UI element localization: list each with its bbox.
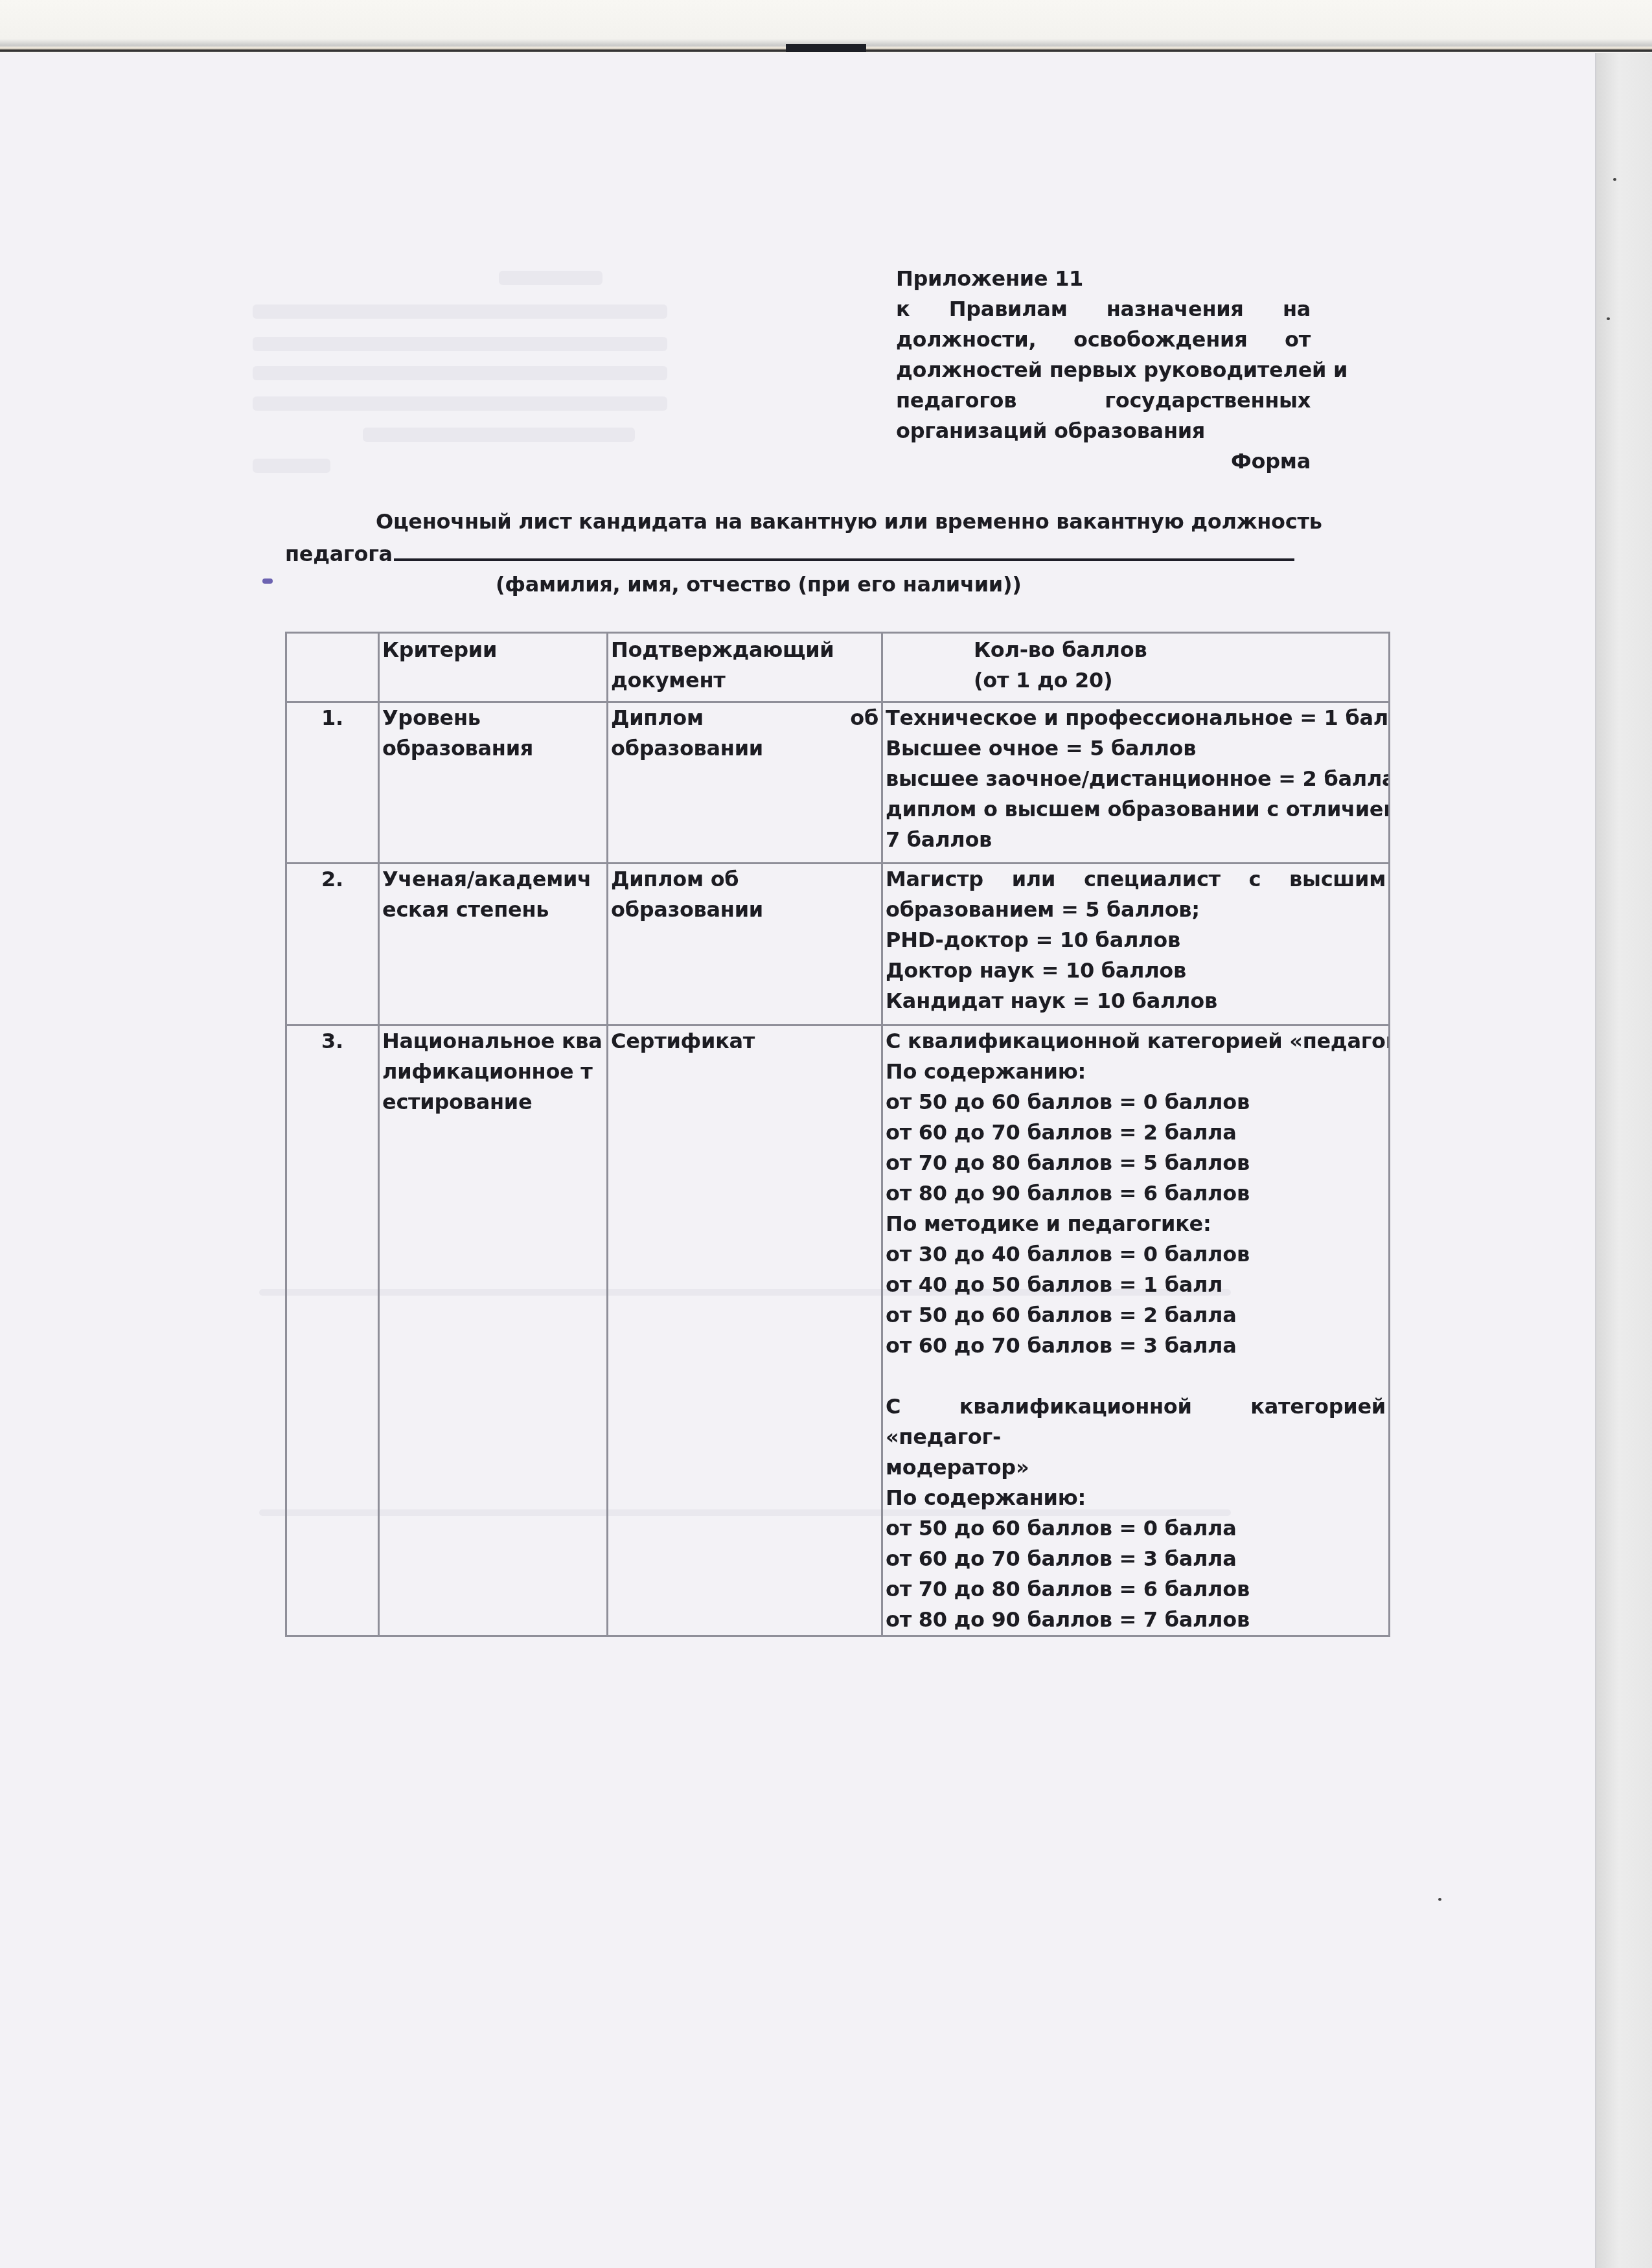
table-row: 3. Национальное квалификационное тестиро… <box>286 1025 1390 1636</box>
name-field-caption: (фамилия, имя, отчество (при его наличии… <box>285 569 1311 600</box>
row-document: Диплом об образовании <box>608 702 882 864</box>
row-number: 2. <box>286 864 379 1025</box>
header-num <box>286 633 379 702</box>
appendix-line: педагогов государственных <box>896 385 1311 416</box>
appendix-line: организаций образования <box>896 416 1311 446</box>
dust-speck <box>1607 317 1610 320</box>
row-scores: Техническое и профессиональное = 1 балл … <box>882 702 1390 864</box>
row-document: Диплом об образовании <box>608 864 882 1025</box>
row-number: 3. <box>286 1025 379 1636</box>
show-through-ghost <box>253 366 667 380</box>
dust-speck <box>1613 178 1616 181</box>
page-right-shadow-strip <box>1595 53 1652 2268</box>
header-document: Подтверждающий документ <box>608 633 882 702</box>
row-scores: С квалификационной категорией «педагог» … <box>882 1025 1390 1636</box>
title-line: Оценочный лист кандидата на вакантную ил… <box>285 507 1311 537</box>
form-label: Форма <box>896 446 1311 477</box>
show-through-ghost <box>253 459 330 473</box>
row-number: 1. <box>286 702 379 864</box>
show-through-ghost <box>253 396 667 411</box>
show-through-ghost <box>253 337 667 351</box>
show-through-ghost <box>363 428 635 442</box>
row-criteria: Ученая/академическая степень <box>379 864 608 1025</box>
show-through-ghost <box>253 304 667 319</box>
row-document: Сертификат <box>608 1025 882 1636</box>
appendix-line: к Правилам назначения на <box>896 294 1311 325</box>
table-header-row: Критерии Подтверждающий документ Кол-во … <box>286 633 1390 702</box>
header-criteria: Критерии <box>379 633 608 702</box>
table-row: 2. Ученая/академическая степень Диплом о… <box>286 864 1390 1025</box>
ink-smudge <box>262 578 273 584</box>
candidate-name-row: педагога <box>285 539 1311 569</box>
document-title: Оценочный лист кандидата на вакантную ил… <box>285 507 1311 600</box>
title-line-prefix: педагога <box>285 539 393 569</box>
row-scores: Магистр или специалист с высшим образова… <box>882 864 1390 1025</box>
appendix-title: Приложение 11 <box>896 264 1311 294</box>
show-through-ghost <box>499 271 602 285</box>
row-criteria: Национальное квалификационное тестирован… <box>379 1025 608 1636</box>
scanner-lid-tab <box>786 44 866 52</box>
table-row: 1. Уровень образования Диплом об образов… <box>286 702 1390 864</box>
evaluation-criteria-table: Критерии Подтверждающий документ Кол-во … <box>285 632 1390 1637</box>
row-criteria: Уровень образования <box>379 702 608 864</box>
candidate-name-field[interactable] <box>394 558 1294 561</box>
dust-speck <box>1438 1898 1441 1901</box>
appendix-line: должности, освобождения от <box>896 325 1311 355</box>
appendix-line: должностей первых руководителей и <box>896 355 1311 385</box>
header-score: Кол-во баллов (от 1 до 20) <box>882 633 1390 702</box>
appendix-reference: Приложение 11 к Правилам назначения на д… <box>896 264 1311 477</box>
